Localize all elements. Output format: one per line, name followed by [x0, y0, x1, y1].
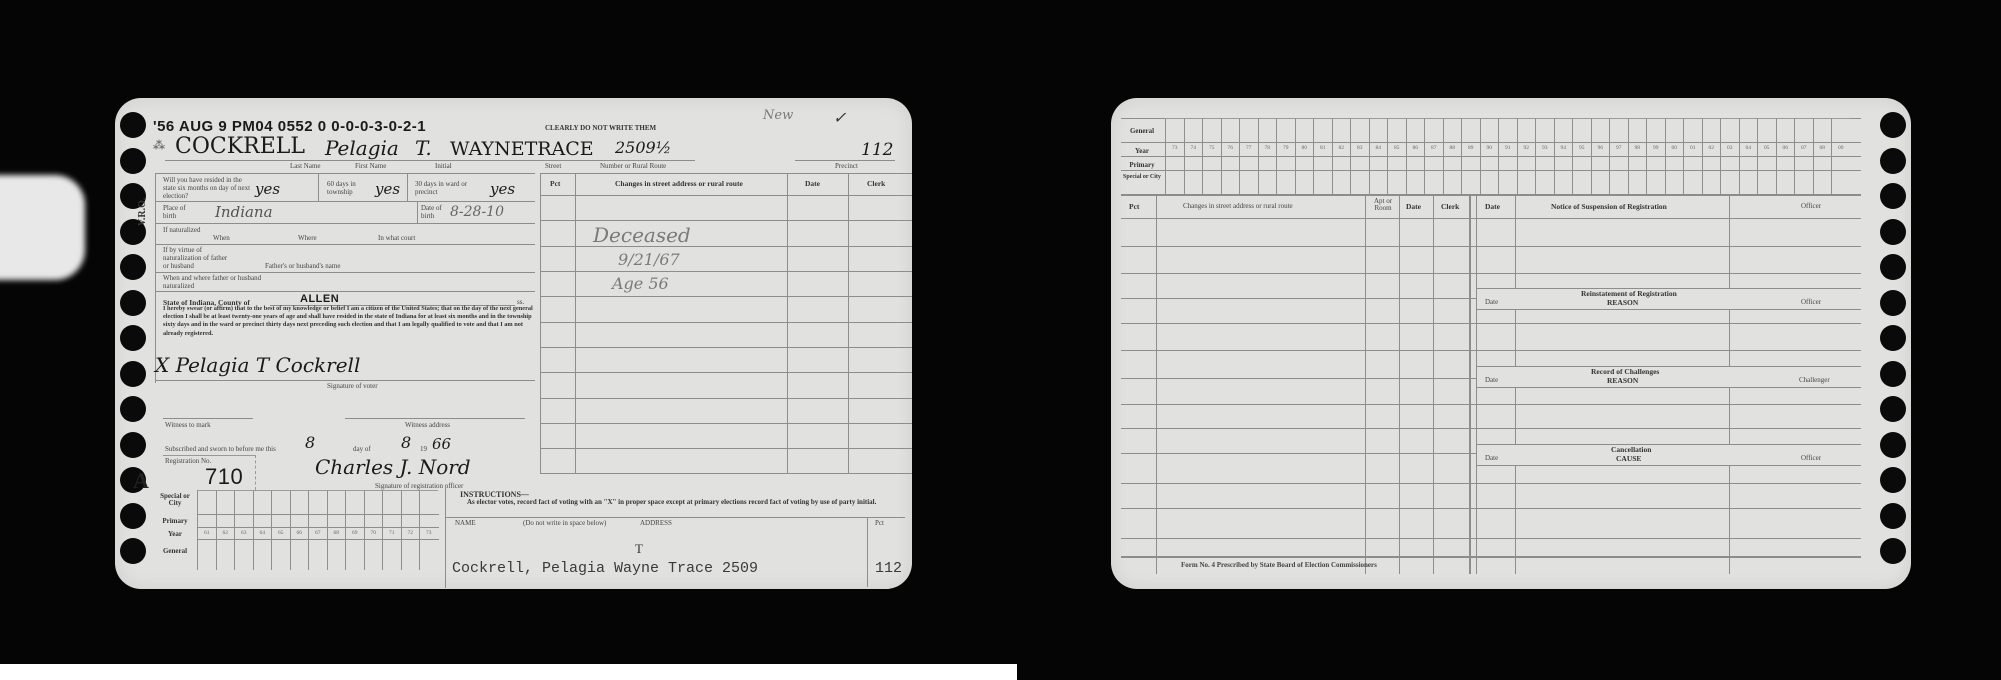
- suspension-header-notice: Notice of Suspension of Registration: [1551, 202, 1667, 211]
- grid-year-column: 77: [1239, 118, 1258, 194]
- initial-label: Initial: [435, 162, 452, 170]
- grid-year-label: 82: [1333, 143, 1351, 153]
- typed-letter: T: [635, 541, 643, 557]
- residency-question-precinct: 30 days in ward or precinct: [415, 180, 475, 196]
- grid-row-general: General: [155, 548, 195, 555]
- grid-year-column: 70: [364, 490, 383, 570]
- grid-year-label: 81: [1314, 143, 1332, 153]
- grid-year-label: 74: [1185, 143, 1203, 153]
- grid-year-column: 04: [1739, 118, 1758, 194]
- scan-border-strip: [0, 664, 1017, 680]
- suspension-header-officer: Officer: [1801, 202, 1821, 210]
- grid-year-column: 78: [1258, 118, 1277, 194]
- age-note: Age 56: [612, 274, 669, 293]
- challenges-header-date: Date: [1485, 376, 1498, 384]
- grid-row-year: Year: [155, 531, 195, 538]
- punch-hole: [120, 396, 146, 422]
- grid-year-column: 99: [1646, 118, 1665, 194]
- first-name-label: First Name: [355, 162, 386, 170]
- naturalized-where-label: Where: [298, 234, 317, 242]
- grid-year-label: 89: [1462, 143, 1480, 153]
- grid-year-column: 69: [345, 490, 364, 570]
- grid-year-label: 96: [1592, 143, 1610, 153]
- instructions-col-note: (Do not write in space below): [523, 519, 606, 527]
- side-label-vro: V.R.O.: [137, 198, 148, 226]
- back-grid-row-special-city: Special or City: [1121, 174, 1163, 180]
- grid-year-label: 67: [309, 528, 327, 538]
- grid-year-label: 92: [1518, 143, 1536, 153]
- punch-hole: [120, 112, 146, 138]
- voter-signature: X Pelagia T Cockrell: [155, 353, 360, 377]
- punch-hole: [1880, 538, 1906, 564]
- cancellation-header-officer: Officer: [1801, 454, 1821, 462]
- deceased-date-note: 9/21/67: [618, 250, 680, 269]
- grid-year-label: 73: [420, 528, 438, 538]
- back-grid-row-primary: Primary: [1121, 162, 1163, 169]
- grid-year-column: 73: [1165, 118, 1184, 194]
- back-header-clerk: Clerk: [1441, 202, 1459, 211]
- grid-year-label: 63: [235, 528, 253, 538]
- naturalized-label: If naturalized: [163, 226, 203, 234]
- cancellation-title: Cancellation: [1611, 445, 1651, 454]
- number-label: Number or Rural Route: [600, 162, 666, 170]
- voting-grid-front: 61626364656667686970717273: [197, 490, 438, 570]
- grid-year-label: 87: [1425, 143, 1443, 153]
- grid-year-column: 00: [1665, 118, 1684, 194]
- instructions-col-name: NAME: [455, 519, 476, 527]
- grid-year-column: 87: [1424, 118, 1443, 194]
- grid-year-column: 64: [253, 490, 272, 570]
- voter-registration-card-back: General Year Primary Special or City 737…: [1111, 98, 1911, 589]
- reinstatement-header-date: Date: [1485, 298, 1498, 306]
- grid-year-label: 75: [1203, 143, 1221, 153]
- grid-year-label: 78: [1259, 143, 1277, 153]
- punch-hole: [120, 538, 146, 564]
- punch-hole: [1880, 290, 1906, 316]
- grid-year-label: 65: [272, 528, 290, 538]
- grid-year-label: 90: [1481, 143, 1499, 153]
- grid-year-label: 06: [1777, 143, 1795, 153]
- county-value: ALLEN: [300, 293, 339, 305]
- grid-year-column: 76: [1221, 118, 1240, 194]
- street-value: WAYNETRACE: [450, 138, 594, 160]
- grid-year-label: 77: [1240, 143, 1258, 153]
- change-table-header-clerk: Clerk: [867, 179, 885, 188]
- grid-year-label: 98: [1629, 143, 1647, 153]
- card-series-letter: A: [133, 468, 149, 494]
- grid-year-label: 02: [1703, 143, 1721, 153]
- grid-year-label: 99: [1647, 143, 1665, 153]
- received-stamp: '56 AUG 9 PM04 0552 0 0-0-0-3-0-2-1: [153, 118, 426, 135]
- grid-year-column: 75: [1202, 118, 1221, 194]
- grid-year-label: 09: [1832, 143, 1850, 153]
- registration-number-value: 710: [205, 464, 243, 490]
- grid-year-label: 73: [1166, 143, 1184, 153]
- subscribed-year: 66: [432, 435, 451, 453]
- house-number-value: 2509½: [615, 138, 671, 157]
- grid-year-column: 90: [1480, 118, 1499, 194]
- father-husband-naturalized-label: When and where father or husband natural…: [163, 274, 263, 290]
- reinstatement-header-officer: Officer: [1801, 298, 1821, 306]
- grid-year-label: 71: [383, 528, 401, 538]
- grid-year-label: 79: [1277, 143, 1295, 153]
- grid-year-label: 07: [1795, 143, 1813, 153]
- grid-year-column: 92: [1517, 118, 1536, 194]
- punch-hole: [1880, 325, 1906, 351]
- grid-year-column: 07: [1794, 118, 1813, 194]
- father-husband-name-label: Father's or husband's name: [265, 262, 340, 270]
- subscribed-month: 8: [401, 433, 411, 452]
- punch-hole: [1880, 183, 1906, 209]
- grid-year-label: 04: [1740, 143, 1758, 153]
- grid-year-column: 80: [1295, 118, 1314, 194]
- back-header-changes: Changes in street address or rural route: [1183, 202, 1293, 210]
- challenges-title: Record of Challenges: [1591, 367, 1659, 376]
- form-footer: Form No. 4 Prescribed by State Board of …: [1181, 561, 1377, 569]
- punch-hole: [1880, 219, 1906, 245]
- residency-answer-precinct: yes: [490, 180, 515, 198]
- grid-year-column: 68: [327, 490, 346, 570]
- registration-officer-label: Signature of registration officer: [375, 482, 463, 490]
- instructions-col-pct: Pct: [875, 519, 884, 527]
- cancellation-header-date: Date: [1485, 454, 1498, 462]
- back-header-date: Date: [1406, 202, 1421, 211]
- change-table-header-pct: Pct: [550, 179, 560, 188]
- grid-year-label: 85: [1388, 143, 1406, 153]
- typed-name-address: Cockrell, Pelagia Wayne Trace 2509: [452, 560, 758, 577]
- punch-holes-left: [120, 112, 146, 564]
- grid-year-label: 62: [217, 528, 235, 538]
- back-grid-row-general: General: [1121, 128, 1163, 135]
- grid-year-label: 83: [1351, 143, 1369, 153]
- grid-year-column: 67: [308, 490, 327, 570]
- grid-year-column: 84: [1369, 118, 1388, 194]
- grid-year-label: 94: [1555, 143, 1573, 153]
- suspension-header-date: Date: [1485, 202, 1500, 211]
- punch-hole: [1880, 432, 1906, 458]
- punch-hole: [120, 325, 146, 351]
- grid-year-column: 88: [1443, 118, 1462, 194]
- grid-year-label: 84: [1370, 143, 1388, 153]
- back-header-pct: Pct: [1129, 202, 1139, 211]
- punch-hole: [120, 503, 146, 529]
- back-header-apt-room: Apt or Room: [1369, 198, 1397, 212]
- grid-year-column: 83: [1350, 118, 1369, 194]
- grid-year-label: 88: [1444, 143, 1462, 153]
- punch-hole: [120, 254, 146, 280]
- grid-year-column: 62: [216, 490, 235, 570]
- day-of-label: day of: [353, 445, 371, 453]
- residency-question-township: 60 days in township: [327, 180, 377, 196]
- grid-year-label: 93: [1536, 143, 1554, 153]
- grid-year-column: 72: [401, 490, 420, 570]
- last-name-value: COCKRELL: [175, 134, 305, 159]
- initial-value: T.: [415, 136, 432, 160]
- grid-year-label: 70: [365, 528, 383, 538]
- grid-year-column: 91: [1498, 118, 1517, 194]
- grid-year-column: 79: [1276, 118, 1295, 194]
- registration-officer-signature: Charles J. Nord: [315, 455, 471, 479]
- change-table-header-changes: Changes in street address or rural route: [615, 179, 743, 188]
- grid-year-label: 03: [1721, 143, 1739, 153]
- grid-year-column: 74: [1184, 118, 1203, 194]
- reinstatement-title: Reinstatement of Registration: [1581, 289, 1677, 298]
- grid-year-column: 65: [271, 490, 290, 570]
- last-name-label: Last Name: [290, 162, 321, 170]
- grid-row-special-city: Special or City: [155, 493, 195, 507]
- grid-year-column: 06: [1776, 118, 1795, 194]
- grid-year-column: 61: [197, 490, 216, 570]
- grid-year-label: 97: [1610, 143, 1628, 153]
- precinct-value: 112: [861, 140, 893, 160]
- voter-signature-label: Signature of voter: [327, 382, 378, 390]
- place-of-birth-value: Indiana: [215, 203, 273, 221]
- residency-question-state: Will you have resided in the state six m…: [163, 176, 253, 200]
- naturalization-by-virtue-label: If by virtue of naturalization of father…: [163, 246, 233, 270]
- checkmark-icon: ✓: [833, 108, 846, 127]
- challenges-header-reason: REASON: [1607, 376, 1638, 385]
- grid-year-label: 91: [1499, 143, 1517, 153]
- back-grid-row-year: Year: [1121, 148, 1163, 155]
- voting-grid-back: 7374757677787980818283848586878889909192…: [1165, 118, 1850, 194]
- grid-year-column: 96: [1591, 118, 1610, 194]
- grid-year-column: 89: [1461, 118, 1480, 194]
- grid-year-column: 93: [1535, 118, 1554, 194]
- grid-year-column: 94: [1554, 118, 1573, 194]
- grid-year-column: 73: [419, 490, 438, 570]
- punch-hole: [120, 290, 146, 316]
- punch-hole: [1880, 503, 1906, 529]
- grid-year-column: 09: [1831, 118, 1850, 194]
- residency-answer-township: yes: [375, 180, 400, 198]
- first-name-value: Pelagia: [325, 136, 399, 160]
- ditto-mark: ⁂: [153, 138, 165, 152]
- typed-precinct: 112: [875, 560, 902, 577]
- cancellation-header-cause: CAUSE: [1616, 454, 1641, 463]
- punch-hole: [120, 432, 146, 458]
- punch-hole: [1880, 396, 1906, 422]
- year-prefix: 19: [420, 445, 427, 453]
- voter-registration-card-front: '56 AUG 9 PM04 0552 0 0-0-0-3-0-2-1 CLEA…: [115, 98, 912, 589]
- grid-year-label: 08: [1814, 143, 1832, 153]
- punch-hole: [1880, 467, 1906, 493]
- grid-year-column: 01: [1683, 118, 1702, 194]
- punch-holes-right: [1880, 112, 1906, 564]
- grid-year-column: 03: [1720, 118, 1739, 194]
- grid-year-label: 80: [1296, 143, 1314, 153]
- subscribed-label: Subscribed and sworn to before me this: [165, 445, 276, 453]
- date-of-birth-value: 8-28-10: [450, 204, 504, 220]
- witness-address-label: Witness address: [405, 421, 450, 429]
- change-table-header-date: Date: [805, 179, 820, 188]
- challenges-header-challenger: Challenger: [1799, 376, 1830, 384]
- grid-year-label: 68: [328, 528, 346, 538]
- grid-year-column: 98: [1628, 118, 1647, 194]
- grid-year-column: 86: [1406, 118, 1425, 194]
- oath-text: I hereby swear (or affirm) that to the b…: [163, 305, 533, 338]
- naturalized-when-label: When: [213, 234, 230, 242]
- instructions-text: As elector votes, record fact of voting …: [467, 498, 907, 506]
- grid-year-label: 72: [402, 528, 420, 538]
- date-of-birth-label: Date of birth: [421, 204, 451, 220]
- punch-hole: [120, 361, 146, 387]
- grid-year-label: 00: [1666, 143, 1684, 153]
- punch-hole: [1880, 112, 1906, 138]
- grid-row-primary: Primary: [155, 518, 195, 525]
- top-notice: CLEARLY DO NOT WRITE THEM: [545, 124, 656, 132]
- grid-year-column: 81: [1313, 118, 1332, 194]
- subscribed-day: 8: [305, 433, 315, 452]
- grid-year-label: 66: [291, 528, 309, 538]
- punch-hole: [1880, 361, 1906, 387]
- place-of-birth-label: Place of birth: [163, 204, 193, 220]
- precinct-label: Precinct: [835, 162, 858, 170]
- deceased-note: Deceased: [593, 223, 691, 247]
- reinstatement-header-reason: REASON: [1607, 298, 1638, 307]
- grid-year-column: 05: [1757, 118, 1776, 194]
- grid-year-label: 05: [1758, 143, 1776, 153]
- punch-hole: [1880, 254, 1906, 280]
- grid-year-column: 82: [1332, 118, 1351, 194]
- grid-year-column: 63: [234, 490, 253, 570]
- punch-hole: [1880, 148, 1906, 174]
- grid-year-label: 01: [1684, 143, 1702, 153]
- naturalized-court-label: In what court: [378, 234, 415, 242]
- grid-year-label: 95: [1573, 143, 1591, 153]
- witness-to-mark-label: Witness to mark: [165, 421, 211, 429]
- grid-year-column: 71: [382, 490, 401, 570]
- residency-answer-state: yes: [255, 180, 280, 198]
- grid-year-column: 66: [290, 490, 309, 570]
- grid-year-label: 61: [198, 528, 216, 538]
- grid-year-column: 08: [1813, 118, 1832, 194]
- punch-hole: [120, 148, 146, 174]
- grid-year-column: 02: [1702, 118, 1721, 194]
- adjacent-card-edge: [0, 175, 85, 280]
- grid-year-label: 69: [346, 528, 364, 538]
- grid-year-column: 95: [1572, 118, 1591, 194]
- grid-year-label: 64: [254, 528, 272, 538]
- instructions-col-address: ADDRESS: [640, 519, 672, 527]
- grid-year-label: 76: [1222, 143, 1240, 153]
- street-label: Street: [545, 162, 561, 170]
- grid-year-column: 85: [1387, 118, 1406, 194]
- grid-year-label: 86: [1407, 143, 1425, 153]
- note-new: New: [763, 108, 793, 123]
- grid-year-column: 97: [1609, 118, 1628, 194]
